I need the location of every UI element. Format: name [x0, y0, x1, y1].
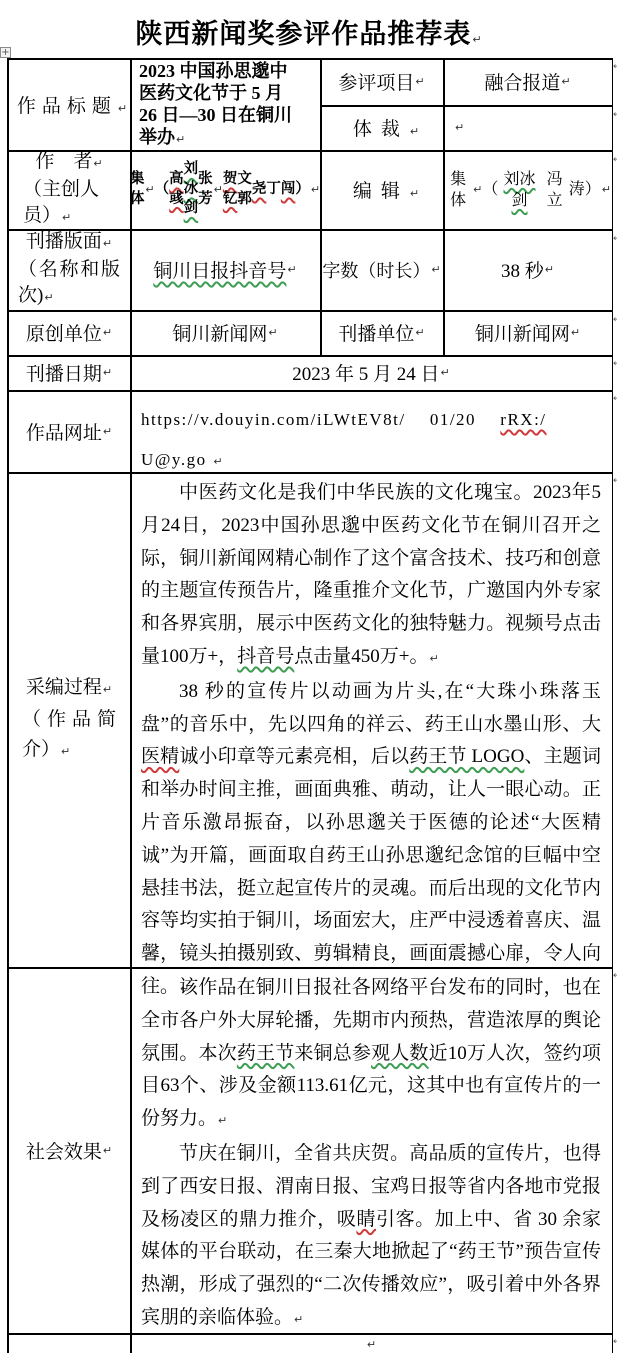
url-label: 作品网址↵ [9, 390, 129, 472]
work-title-value: 2023 中国孙思邈中医药文化节于 5 月26 日—30 日在铜川举办↵ [139, 60, 317, 150]
publish-date-label: 刊播日期↵ [9, 355, 129, 390]
length-value: 38 秒↵ [444, 229, 611, 310]
paragraph: 中医药文化是我们中华民族的文化瑰宝。2023年5月24日，2023中国孙思邈中医… [141, 477, 601, 676]
genre-label: 体裁↵ [321, 105, 442, 150]
process-value: 中医药文化是我们中华民族的文化瑰宝。2023年5月24日，2023中国孙思邈中医… [131, 472, 611, 967]
publish-page-label-top: 刊播版面↵ [26, 229, 112, 257]
paragraph: 节庆在铜川，全省共庆贺。高品质的宣传片，也得到了西安日报、渭南日报、宝鸡日报等省… [141, 1138, 601, 1337]
document-page: 陕西新闻奖参评作品推荐表↵ + 作品标题↵ 2023 中国孙思邈中医药文化节于 … [0, 0, 617, 1353]
editor-label: 编辑↵ [321, 150, 442, 229]
original-unit-value: 铜川新闻网↵ [131, 310, 319, 355]
row-end-mark: ↵ [613, 971, 617, 981]
process-label: 采编过程↵ （作品简介）↵ [9, 472, 129, 967]
length-label: 字数（时长）↵ [321, 229, 442, 310]
publish-unit-value: 铜川新闻网↵ [444, 310, 611, 355]
url-value: https://v.douyin.com/iLWtEV8t/ 01/20 rRX… [131, 390, 611, 472]
page-title: 陕西新闻奖参评作品推荐表↵ [0, 12, 617, 51]
row-end-mark: ↵ [613, 359, 617, 369]
publish-unit-label: 刊播单位↵ [321, 310, 442, 355]
row-end-mark: ↵ [613, 315, 617, 325]
author-label: 作 者↵ （主创人员）↵ [9, 150, 129, 229]
bottom-row-value: ↵ [131, 1335, 611, 1353]
editor-value: 集体↵（刘冰剑 冯立涛）↵ [444, 150, 611, 229]
author-label-rest: （主创人员）↵ [23, 177, 115, 231]
row-end-mark: ↵ [613, 394, 617, 404]
entry-item-value: 融合报道↵ [444, 58, 611, 105]
table-border-line [612, 58, 614, 1353]
original-unit-label: 原创单位↵ [9, 310, 129, 355]
publish-page-value: 铜川日报抖音号↵ [131, 229, 319, 310]
row-end-mark: ↵ [613, 1337, 617, 1347]
row-end-mark: ↵ [613, 155, 617, 165]
effect-value: 该作品在铜川日报社各网络平台发布的同时，也在全市各户外大屏轮播，先期市内预热，营… [131, 967, 611, 1333]
effect-label: 社会效果↵ [9, 967, 129, 1333]
process-label-top: 采编过程↵ [26, 673, 112, 705]
entry-item-label: 参评项目↵ [321, 58, 442, 105]
author-label-top: 作 者↵ [35, 149, 102, 177]
genre-value: ↵ [444, 105, 611, 150]
publish-page-label-rest: （名称和版次)↵ [18, 257, 120, 311]
table-move-handle-icon[interactable]: + [0, 47, 11, 58]
author-value: 集体↵（高彧 刘冰剑 张芳↵贺钇文 郭尧 丁闯）↵ [131, 150, 319, 229]
work-title-label: 作品标题↵ [9, 58, 129, 150]
row-end-mark: ↵ [613, 476, 617, 486]
editor-label-text: 编辑↵ [353, 176, 419, 203]
publish-date-value: 2023 年 5 月 24 日↵ [131, 355, 611, 390]
row-end-mark: ↵ [613, 62, 617, 72]
row-end-mark: ↵ [613, 234, 617, 244]
process-label-rest: （作品简介）↵ [22, 705, 116, 767]
paragraph: 该作品在铜川日报社各网络平台发布的同时，也在全市各户外大屏轮播，先期市内预热，营… [141, 972, 601, 1138]
paragraph: 38 秒的宣传片以动画为片头,在“大珠小珠落玉盘”的音乐中，先以四角的祥云、药王… [141, 676, 601, 1006]
work-title-label-text: 作品标题↵ [17, 91, 127, 118]
row-end-mark: ↵ [613, 110, 617, 120]
genre-label-text: 体裁↵ [353, 114, 419, 141]
publish-page-label: 刊播版面↵ （名称和版次)↵ [9, 229, 129, 310]
